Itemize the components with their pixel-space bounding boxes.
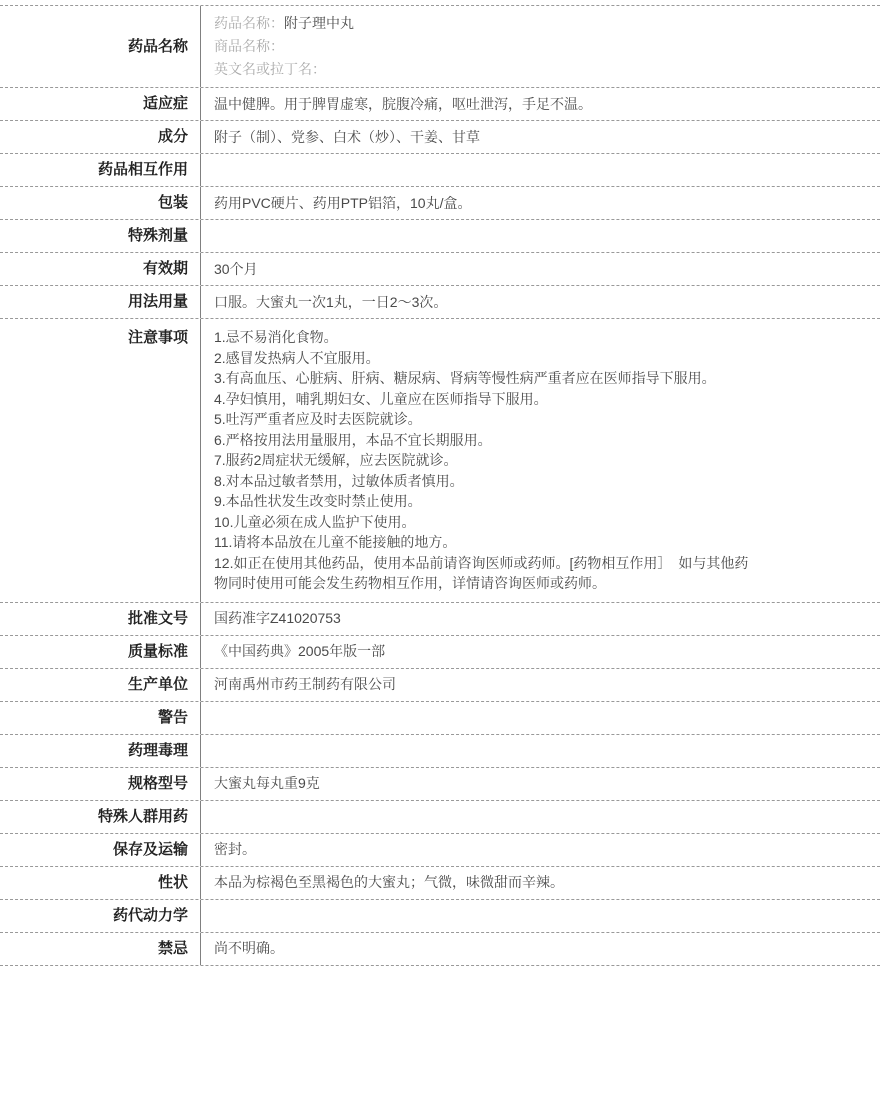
row-label: 药品相互作用 [0,154,201,186]
row-label: 批准文号 [0,603,201,635]
name-field-line: 英文名或拉丁名： [214,58,326,81]
table-row-notes: 注意事项 1.忌不易消化食物。2.感冒发热病人不宜服用。3.有高血压、心脏病、肝… [0,319,880,603]
row-label: 质量标准 [0,636,201,668]
note-line: 11.请将本品放在儿童不能接触的地方。 [214,532,864,553]
table-row-field: 特殊人群用药 [0,801,880,834]
row-label: 有效期 [0,253,201,285]
note-line: 10.儿童必须在成人监护下使用。 [214,512,864,533]
field-key: 药品名称： [214,15,284,31]
table-row-name: 药品名称 药品名称：附子理中丸商品名称：英文名或拉丁名： [0,6,880,88]
row-label: 警告 [0,702,201,734]
table-row-field: 质量标准 《中国药典》2005年版一部 [0,636,880,669]
row-value: 密封。 [201,834,880,866]
row-value [201,900,880,932]
name-field-line: 药品名称：附子理中丸 [214,12,354,35]
row-value: 河南禹州市药王制药有限公司 [201,669,880,701]
table-row-field: 适应症 温中健脾。用于脾胃虚寒，脘腹冷痛，呕吐泄泻，手足不温。 [0,88,880,121]
row-value: 口服。大蜜丸一次1丸，一日2～3次。 [201,286,880,318]
table-row-field: 有效期 30个月 [0,253,880,286]
table-row-field: 性状 本品为棕褐色至黑褐色的大蜜丸；气微，味微甜而辛辣。 [0,867,880,900]
row-label: 禁忌 [0,933,201,965]
name-field-line: 商品名称： [214,35,284,58]
table-row-field: 保存及运输 密封。 [0,834,880,867]
row-label: 药代动力学 [0,900,201,932]
row-value: 尚不明确。 [201,933,880,965]
table-row-field: 禁忌 尚不明确。 [0,933,880,966]
row-value: 温中健脾。用于脾胃虚寒，脘腹冷痛，呕吐泄泻，手足不温。 [201,88,880,120]
table-row-field: 特殊剂量 [0,220,880,253]
row-value: 药用PVC硬片、药用PTP铝箔，10丸/盒。 [201,187,880,219]
note-line: 5.吐泻严重者应及时去医院就诊。 [214,409,864,430]
table-row-field: 药品相互作用 [0,154,880,187]
row-value: 国药准字Z41020753 [201,603,880,635]
table-row-field: 用法用量 口服。大蜜丸一次1丸，一日2～3次。 [0,286,880,319]
table-row-field: 警告 [0,702,880,735]
table-row-field: 规格型号 大蜜丸每丸重9克 [0,768,880,801]
page: { "page": { "background": "#ffffff" }, "… [0,5,880,1095]
note-line: 4.孕妇慎用，哺乳期妇女、儿童应在医师指导下服用。 [214,389,864,410]
row-label: 保存及运输 [0,834,201,866]
note-line: 12.如正在使用其他药品，使用本品前请咨询医师或药师。[药物相互作用］ 如与其他… [214,553,864,594]
row-label: 成分 [0,121,201,153]
row-value [201,220,880,252]
row-label: 药理毒理 [0,735,201,767]
table-row-field: 批准文号 国药准字Z41020753 [0,603,880,636]
table-row-field: 包装 药用PVC硬片、药用PTP铝箔，10丸/盒。 [0,187,880,220]
row-value: 1.忌不易消化食物。2.感冒发热病人不宜服用。3.有高血压、心脏病、肝病、糖尿病… [201,319,880,602]
row-label: 药品名称 [0,6,201,87]
note-line: 6.严格按用法用量服用，本品不宜长期服用。 [214,430,864,451]
row-label: 特殊人群用药 [0,801,201,833]
note-line: 1.忌不易消化食物。 [214,327,864,348]
row-value: 大蜜丸每丸重9克 [201,768,880,800]
row-value: 《中国药典》2005年版一部 [201,636,880,668]
drug-info-table: 药品名称 药品名称：附子理中丸商品名称：英文名或拉丁名： 适应症 温中健脾。用于… [0,5,880,966]
table-row-field: 药代动力学 [0,900,880,933]
note-line: 7.服药2周症状无缓解，应去医院就诊。 [214,450,864,471]
field-value: 附子理中丸 [284,15,354,31]
row-label: 性状 [0,867,201,899]
note-line: 2.感冒发热病人不宜服用。 [214,348,864,369]
row-value [201,735,880,767]
row-value [201,154,880,186]
row-label: 特殊剂量 [0,220,201,252]
row-value: 30个月 [201,253,880,285]
field-key: 商品名称： [214,38,284,54]
note-line: 3.有高血压、心脏病、肝病、糖尿病、肾病等慢性病严重者应在医师指导下服用。 [214,368,864,389]
table-row-field: 药理毒理 [0,735,880,768]
row-label: 适应症 [0,88,201,120]
note-line: 8.对本品过敏者禁用，过敏体质者慎用。 [214,471,864,492]
row-value [201,702,880,734]
row-label: 生产单位 [0,669,201,701]
row-value: 附子（制）、党参、白术（炒）、干姜、甘草 [201,121,880,153]
note-line: 9.本品性状发生改变时禁止使用。 [214,491,864,512]
row-value: 本品为棕褐色至黑褐色的大蜜丸；气微，味微甜而辛辣。 [201,867,880,899]
row-value [201,801,880,833]
row-label: 包装 [0,187,201,219]
table-row-field: 生产单位 河南禹州市药王制药有限公司 [0,669,880,702]
row-label: 规格型号 [0,768,201,800]
row-value: 药品名称：附子理中丸商品名称：英文名或拉丁名： [201,6,880,87]
row-label: 用法用量 [0,286,201,318]
field-key: 英文名或拉丁名： [214,61,326,77]
table-row-field: 成分 附子（制）、党参、白术（炒）、干姜、甘草 [0,121,880,154]
row-label: 注意事项 [0,319,201,602]
